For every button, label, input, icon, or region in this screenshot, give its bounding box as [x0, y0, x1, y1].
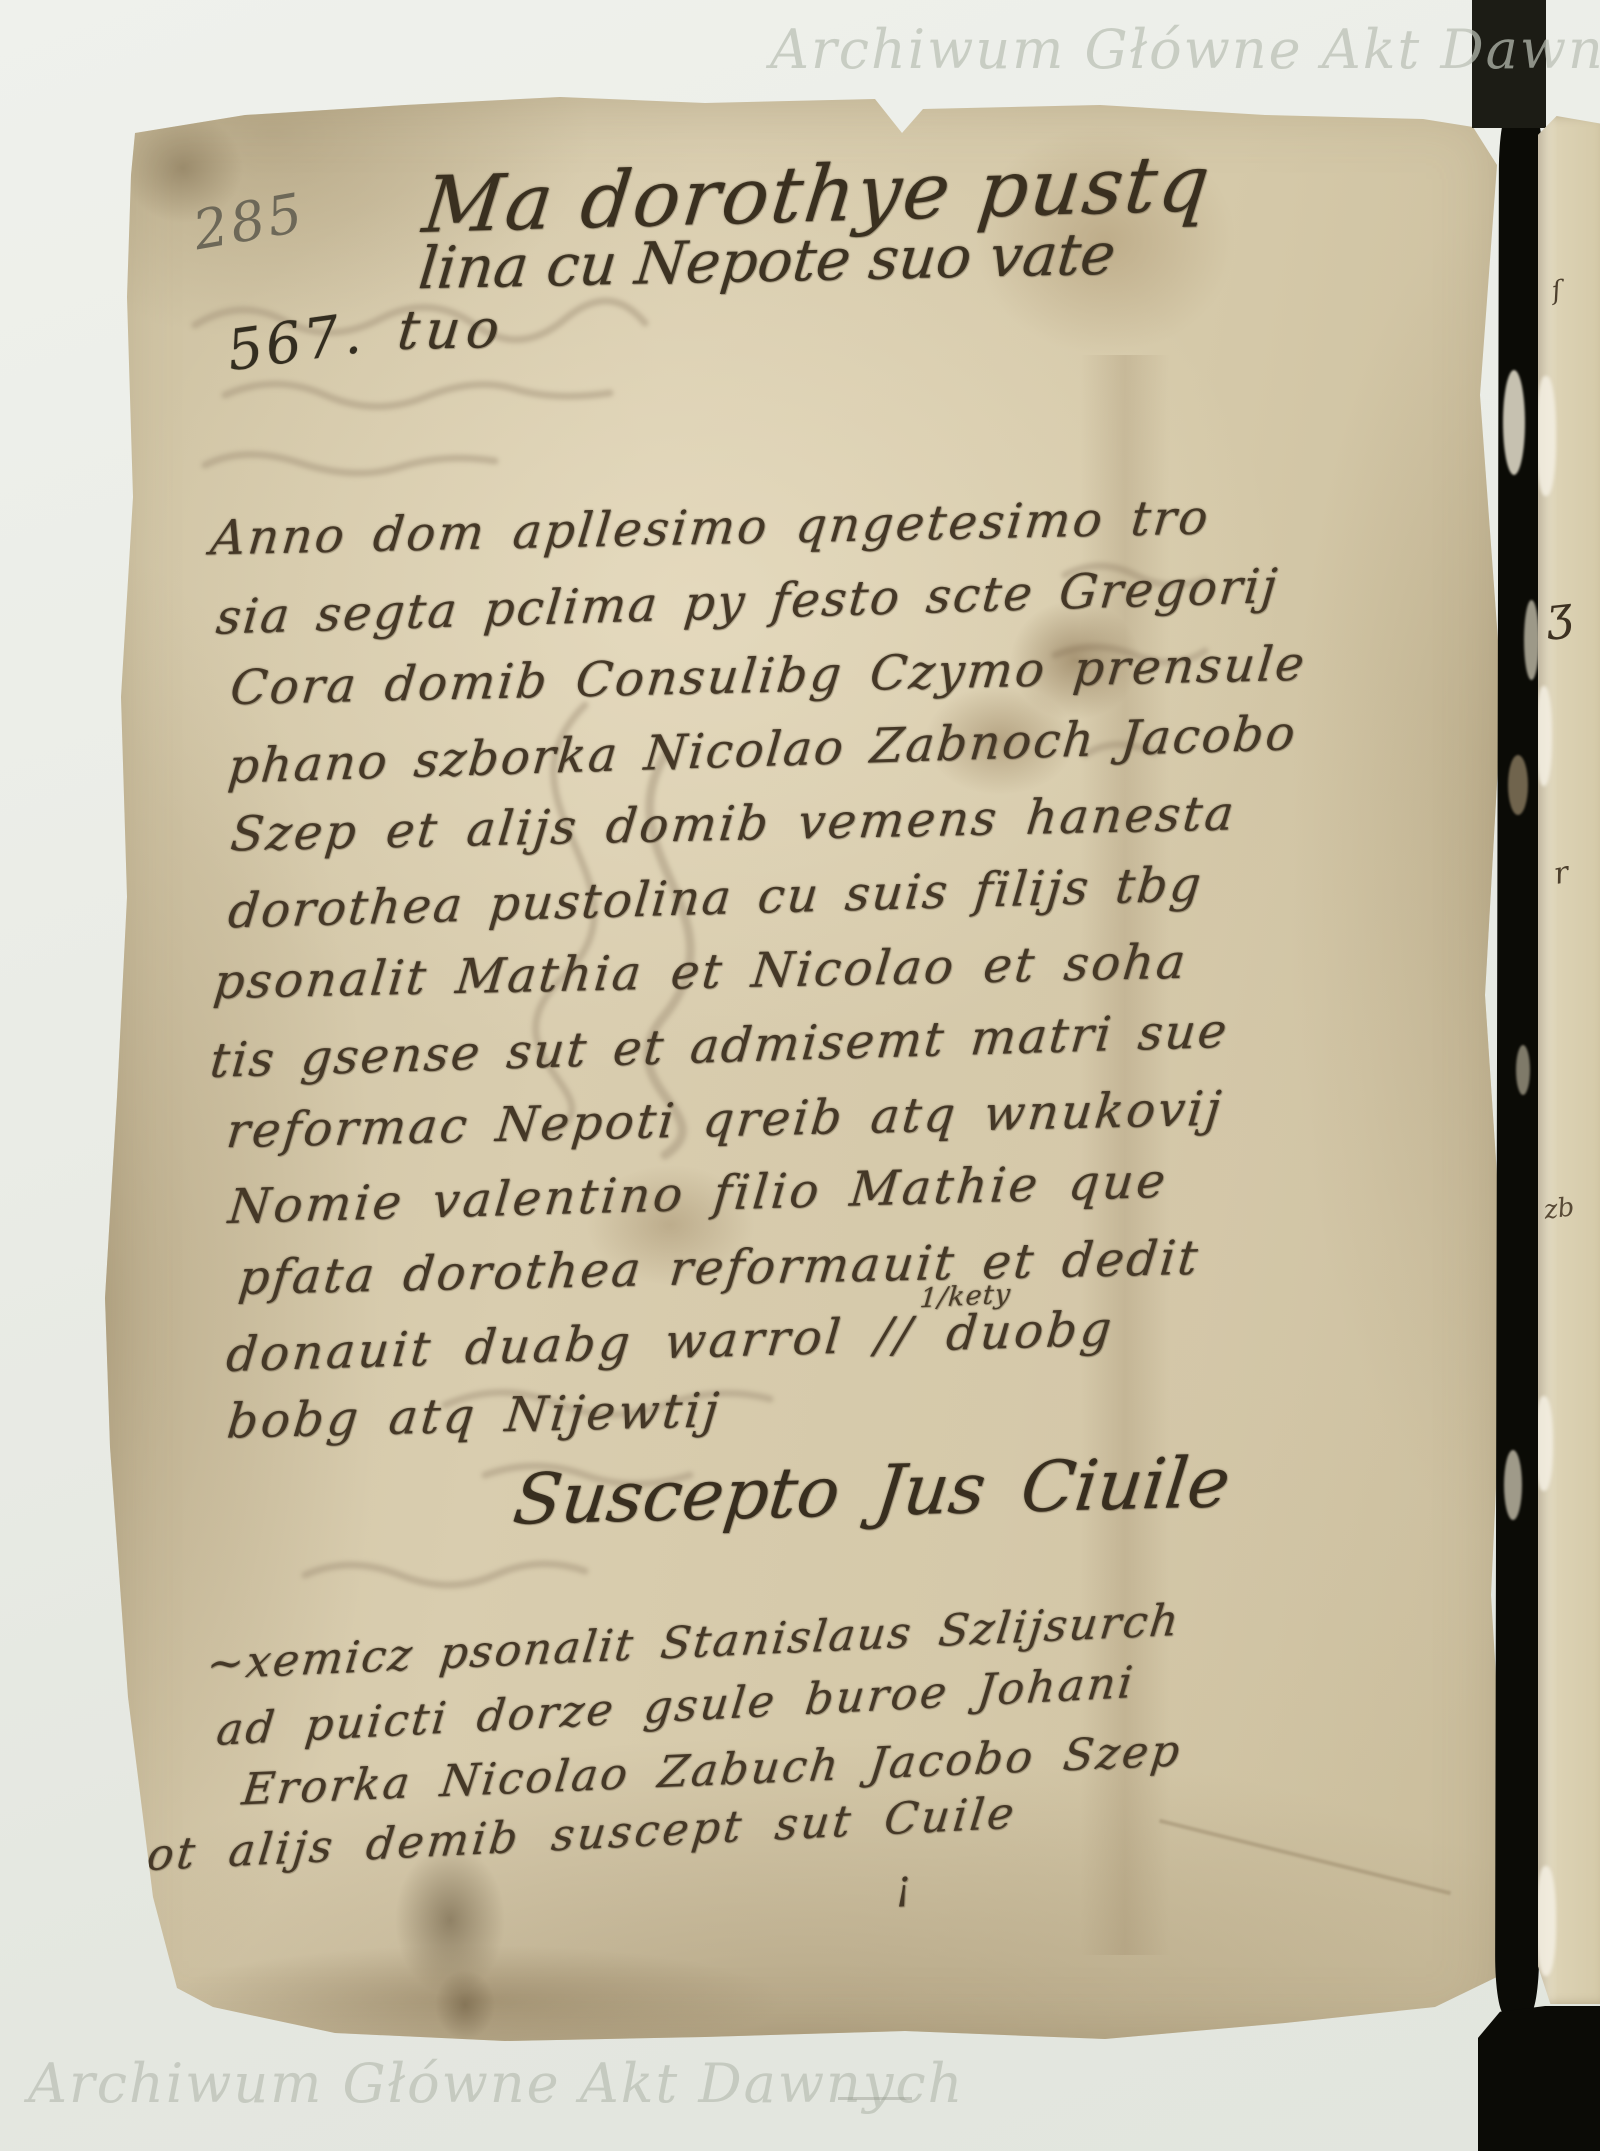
torn-edge-highlight [1536, 1866, 1556, 1976]
heading-line-3: tuo [395, 297, 509, 362]
body-line-3: Cora domib Consulibg Czymo prensule [228, 636, 1309, 716]
body-line-12: donauit duabg warrol // duobg [224, 1301, 1117, 1383]
black-corner [1478, 2006, 1600, 2151]
torn-paper-bit [1516, 1045, 1530, 1095]
interline-note: 1/kety [918, 1279, 1012, 1315]
stain-bottom-edge [165, 1945, 785, 2055]
scanned-archive-photo: Ma dorothye pustq lina cu Nepote suo vat… [0, 0, 1600, 2151]
body-line-8: tis gsense sut et admisemt matri sue [208, 1003, 1231, 1089]
body-line-6: dorothea pustolina cu suis filijs tbg [226, 856, 1205, 939]
facing-page-ink-fragment: r [1551, 855, 1571, 892]
subheading: Suscepto Jus Ciuile [509, 1441, 1234, 1540]
watermark-dash [838, 2097, 912, 2100]
body-line-10: Nomie valentino filio Mathie que [226, 1153, 1171, 1235]
body-line-1: Anno dom apllesimo qngetesimo tro [208, 490, 1213, 567]
torn-edge-highlight [1536, 686, 1552, 786]
ink-folio-number: 567. [223, 301, 367, 384]
crease-bottom-right [1159, 1819, 1451, 1895]
torn-paper-bit [1524, 600, 1539, 680]
body-line-9: reformac Nepoti qreib atq wnukovij [224, 1081, 1226, 1160]
torn-paper-bit [1503, 370, 1525, 475]
body-line-4: phano szborka Nicolao Zabnoch Jacobo [226, 705, 1300, 794]
facing-page-edge: ſ ʒ r zb [1538, 116, 1600, 2004]
facing-page-ink-fragment: ſ [1550, 275, 1564, 306]
body-line-7: psonalit Mathia et Nicolao et soha [211, 934, 1190, 1010]
closing-flourish-mark: ¡ [893, 1862, 912, 1909]
heading-line-2: lina cu Nepote suo vate [416, 220, 1119, 303]
body-line-11: pfata dorothea reformauit et dedit [236, 1230, 1203, 1306]
body-line-2: sia segta pclima py festo scte Gregorij [214, 558, 1281, 645]
body-line-13: bobg atq Nijewtij [225, 1382, 724, 1449]
torn-paper-bit [1508, 755, 1528, 815]
torn-paper-bit [1504, 1450, 1522, 1520]
facing-page-ink-fragment: ʒ [1543, 585, 1574, 641]
manuscript-page: Ma dorothye pustq lina cu Nepote suo vat… [105, 95, 1510, 2045]
pencil-folio-number: 285 [188, 181, 309, 263]
stain-bottom-center-small [435, 1970, 495, 2040]
archive-watermark-bottom: Archiwum Główne Akt Dawnych [28, 2052, 964, 2115]
facing-page-ink-fragment: zb [1542, 1192, 1576, 1225]
body-line-5: Szep et alijs domib vemens hanesta [228, 786, 1239, 863]
torn-edge-highlight [1536, 376, 1556, 496]
archive-watermark-top: Archiwum Główne Akt Dawnych [770, 18, 1600, 81]
